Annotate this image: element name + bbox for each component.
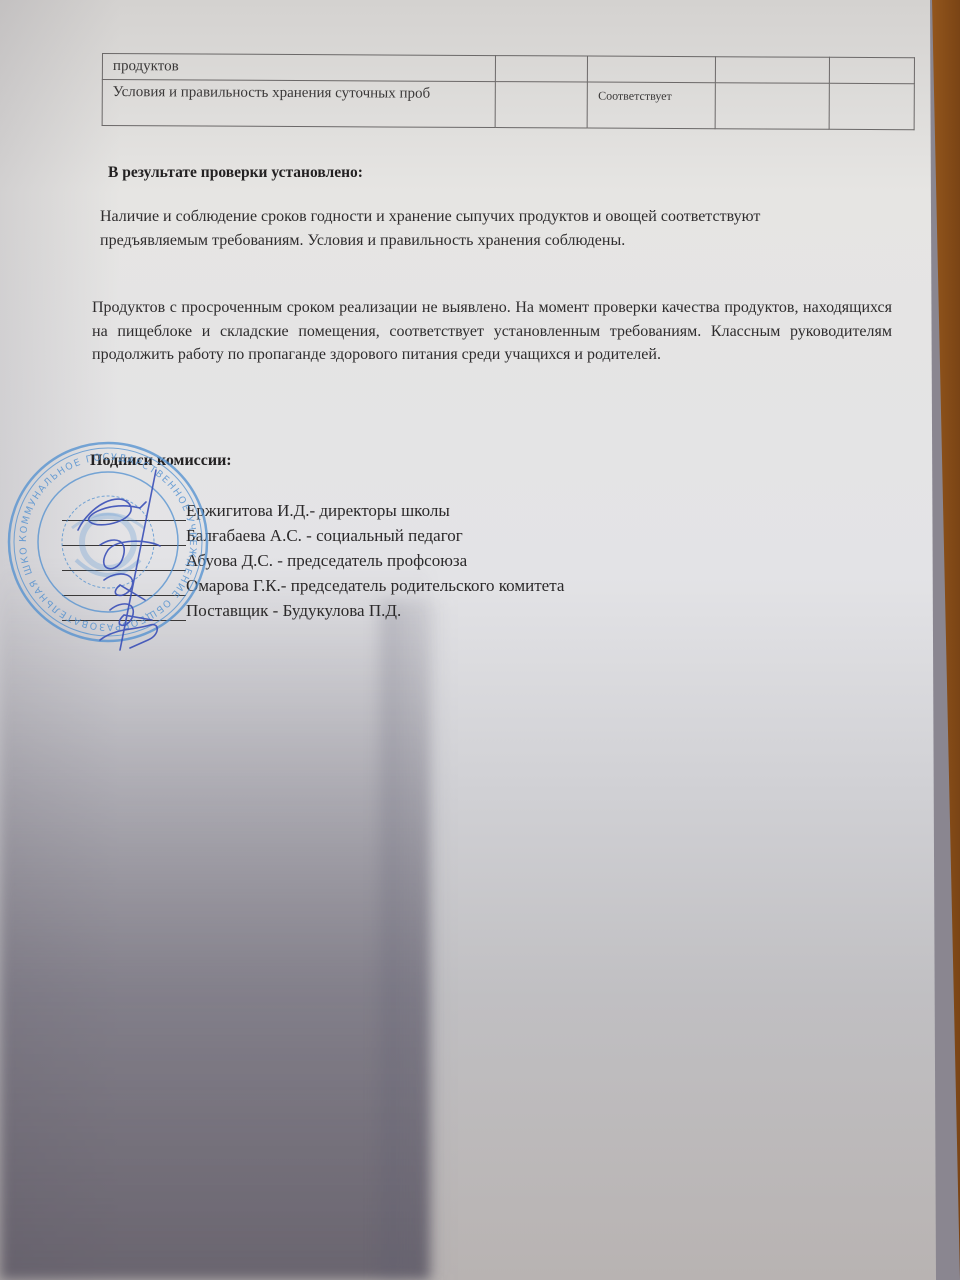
table-cell xyxy=(829,83,914,129)
photo-shadow xyxy=(0,560,430,1280)
criterion-cell: продуктов xyxy=(102,54,496,82)
status-cell: Соответствует xyxy=(587,82,715,129)
table-row: Условия и правильность хранения суточных… xyxy=(102,80,914,130)
member-name: Поставщик - Будукулова П.Д. xyxy=(186,601,401,621)
table-cell xyxy=(496,56,588,82)
table-cell xyxy=(829,57,914,83)
member-name: Ержигитова И.Д.- директоры школы xyxy=(186,501,450,521)
conclusion-paragraph: Продуктов с просроченным сроком реализац… xyxy=(92,296,892,367)
table-cell xyxy=(716,57,830,84)
table-cell xyxy=(588,56,716,83)
result-heading: В результате проверки установлено: xyxy=(108,164,363,182)
result-paragraph: Наличие и соблюдение сроков годности и х… xyxy=(100,205,820,252)
handwritten-signatures-icon xyxy=(60,450,190,665)
member-name: Балғабаева А.С. - социальный педагог xyxy=(186,526,463,546)
member-name: Омарова Г.К.- председатель родительского… xyxy=(186,576,564,596)
document-page: продуктов Условия и правильность хранени… xyxy=(0,0,940,1280)
criterion-cell: Условия и правильность хранения суточных… xyxy=(102,80,496,128)
photo-shadow-edge xyxy=(380,600,450,1280)
table-cell xyxy=(715,83,829,130)
table-cell xyxy=(496,82,588,128)
member-name: Абуова Д.С. - председатель профсоюза xyxy=(186,551,467,571)
inspection-table: продуктов Условия и правильность хранени… xyxy=(102,53,915,130)
